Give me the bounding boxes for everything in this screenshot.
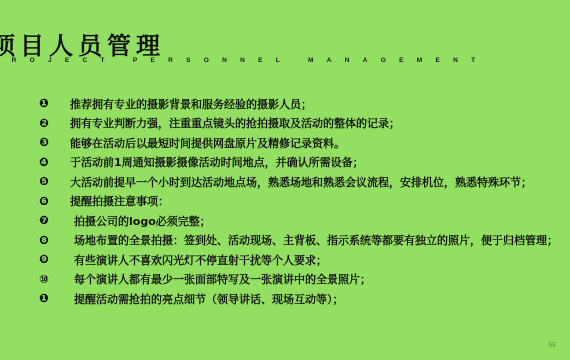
list-item: ❷ 拥有专业判断力强，注重重点镜头的抢拍摄取及活动的整体的记录； — [38, 114, 558, 134]
list-item-text: 拥有专业判断力强，注重重点镜头的抢拍摄取及活动的整体的记录； — [70, 115, 400, 131]
list-item: ❸ 能够在活动后以最短时间提供网盘原片及精修记录资料。 — [38, 133, 558, 153]
list-item-text: 能够在活动后以最短时间提供网盘原片及精修记录资料。 — [70, 135, 345, 151]
number-bullet-icon: ❽ — [38, 235, 50, 247]
number-bullet-icon: ❹ — [38, 157, 50, 169]
list-item-text: 大活动前提早一个小时到达活动地点场，熟悉场地和熟悉会议流程，安排机位，熟悉特殊环… — [70, 174, 532, 190]
list-item-text: 有些演讲人不喜欢闪光灯不停直射干扰等个人要求； — [74, 252, 327, 268]
list-item-text: 于活动前1周通知摄影摄像活动时间地点，并确认所需设备； — [70, 154, 364, 170]
list-item: ❺ 大活动前提早一个小时到达活动地点场，熟悉场地和熟悉会议流程，安排机位，熟悉特… — [38, 172, 558, 192]
requirements-list: ❶ 推荐拥有专业的摄影背景和服务经验的摄影人员； ❷ 拥有专业判断力强，注重重点… — [38, 94, 558, 309]
number-bullet-icon: ❻ — [38, 196, 50, 208]
list-item: ❹ 于活动前1周通知摄影摄像活动时间地点，并确认所需设备； — [38, 153, 558, 173]
list-item-text: 每个演讲人都有最少一张面部特写及一张演讲中的全景照片； — [74, 271, 371, 287]
list-item-text: 拍摄公司的logo必须完整； — [74, 213, 211, 229]
list-item: ❶ 提醒活动需抢拍的亮点细节（领导讲话、现场互动等）； — [38, 289, 558, 309]
number-bullet-icon: ⑩ — [38, 274, 50, 286]
number-bullet-icon: ❾ — [38, 254, 50, 266]
number-bullet-icon: ❷ — [38, 118, 50, 130]
number-bullet-icon: ❶ — [38, 98, 50, 110]
number-bullet-icon: ❸ — [38, 137, 50, 149]
list-item-text: 提醒活动需抢拍的亮点细节（领导讲话、现场互动等）； — [74, 291, 344, 307]
number-bullet-icon: ❺ — [38, 176, 50, 188]
list-item: ⑩ 每个演讲人都有最少一张面部特写及一张演讲中的全景照片； — [38, 270, 558, 290]
list-item: ❻ 提醒拍摄注意事项： — [38, 192, 558, 212]
list-item-text: 推荐拥有专业的摄影背景和服务经验的摄影人员； — [70, 96, 312, 112]
page-title: 项目人员管理 — [0, 26, 165, 61]
list-item: ❼ 拍摄公司的logo必须完整； — [38, 211, 558, 231]
list-item: ❽ 场地布置的全景拍摄：签到处、活动现场、主背板、指示系统等都要有独立的照片，便… — [38, 231, 558, 251]
list-item: ❾ 有些演讲人不喜欢闪光灯不停直射干扰等个人要求； — [38, 250, 558, 270]
list-item: ❶ 推荐拥有专业的摄影背景和服务经验的摄影人员； — [38, 94, 558, 114]
number-bullet-icon: ❼ — [38, 215, 50, 227]
list-item-text: 提醒拍摄注意事项： — [70, 193, 169, 209]
page-subtitle: PROJECT PERSONNEL MANAGEMENT — [0, 57, 488, 64]
number-bullet-icon: ❶ — [38, 293, 50, 305]
list-item-text: 场地布置的全景拍摄：签到处、活动现场、主背板、指示系统等都要有独立的照片，便于归… — [74, 232, 558, 248]
page-number: 56 — [548, 342, 556, 349]
